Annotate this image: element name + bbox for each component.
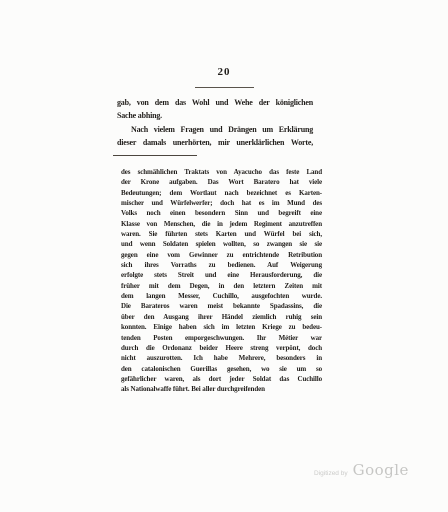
footnote-line: Bedeutungen; dem Wortlaut nach bezeichne…	[121, 188, 322, 198]
footnote-line: und wenn Soldaten spielen wollten, so zw…	[121, 239, 322, 249]
footnote-line: früher mit dem Degen, in den letztern Ze…	[121, 281, 322, 291]
footnote-line: tenden Posten emporgeschwungen. Ihr Méti…	[121, 333, 322, 343]
google-logo: Google	[353, 461, 409, 479]
footnote-line: gegen eine vom Gewinner zu entrichtende …	[121, 250, 322, 260]
footnote-line: der Krone aufgaben. Das Wort Baratero ha…	[121, 177, 322, 187]
main-text-block: gab, von dem das Wohl und Wehe der könig…	[117, 96, 313, 150]
footnote-line: sich ihres Vorraths zu bedienen. Auf Wei…	[121, 260, 322, 270]
footnote-line: erfolgte stets Streit und eine Herausfor…	[121, 270, 322, 280]
footnote-line: durch die Ordonanz beider Heere streng v…	[121, 343, 322, 353]
footnote-line: den catalonischen Guerillas gesehen, wo …	[121, 364, 322, 374]
footnote-line: als Nationalwaffe führt. Bei aller durch…	[121, 384, 322, 394]
footnote-line: Volks noch einen besondern Sinn und begr…	[121, 208, 322, 218]
footnote-line: nicht auszurotten. Ich habe Mehrere, bes…	[121, 353, 322, 363]
footnote-line: konnten. Einige haben sich im letzten Kr…	[121, 322, 322, 332]
main-text-line: dieser damals unerhörten, mir unerklärli…	[117, 136, 313, 149]
footnote-line: Die Barateros waren meist bekannte Spada…	[121, 301, 322, 311]
footnote-separator-rule	[113, 155, 197, 156]
scanned-book-page: 20 gab, von dem das Wohl und Wehe der kö…	[0, 0, 448, 512]
footnote-line: gefährlicher waren, als dort jeder Solda…	[121, 374, 322, 384]
page-number-rule	[195, 87, 254, 88]
digitized-by-label: Digitized by	[314, 470, 348, 477]
digitized-by-google-watermark: Digitized by Google	[314, 461, 409, 479]
footnote-block: des schmählichen Traktats von Ayacucho d…	[121, 167, 322, 395]
footnote-line: waren. Sie führten stets Karten und Würf…	[121, 229, 322, 239]
footnote-line: über den Ausgang ihrer Händel ziemlich r…	[121, 312, 322, 322]
footnote-line: dem langen Messer, Cuchillo, ausgefochte…	[121, 291, 322, 301]
main-text-line: Nach vielem Fragen und Drängen um Erklär…	[117, 123, 313, 136]
footnote-line: des schmählichen Traktats von Ayacucho d…	[121, 167, 322, 177]
page-number: 20	[0, 66, 448, 78]
main-text-line: Sache abhing.	[117, 109, 313, 122]
footnote-line: Klasse von Menschen, die in jedem Regime…	[121, 219, 322, 229]
footnote-line: mischer und Würfelwerfer; doch hat es im…	[121, 198, 322, 208]
main-text-line: gab, von dem das Wohl und Wehe der könig…	[117, 96, 313, 109]
